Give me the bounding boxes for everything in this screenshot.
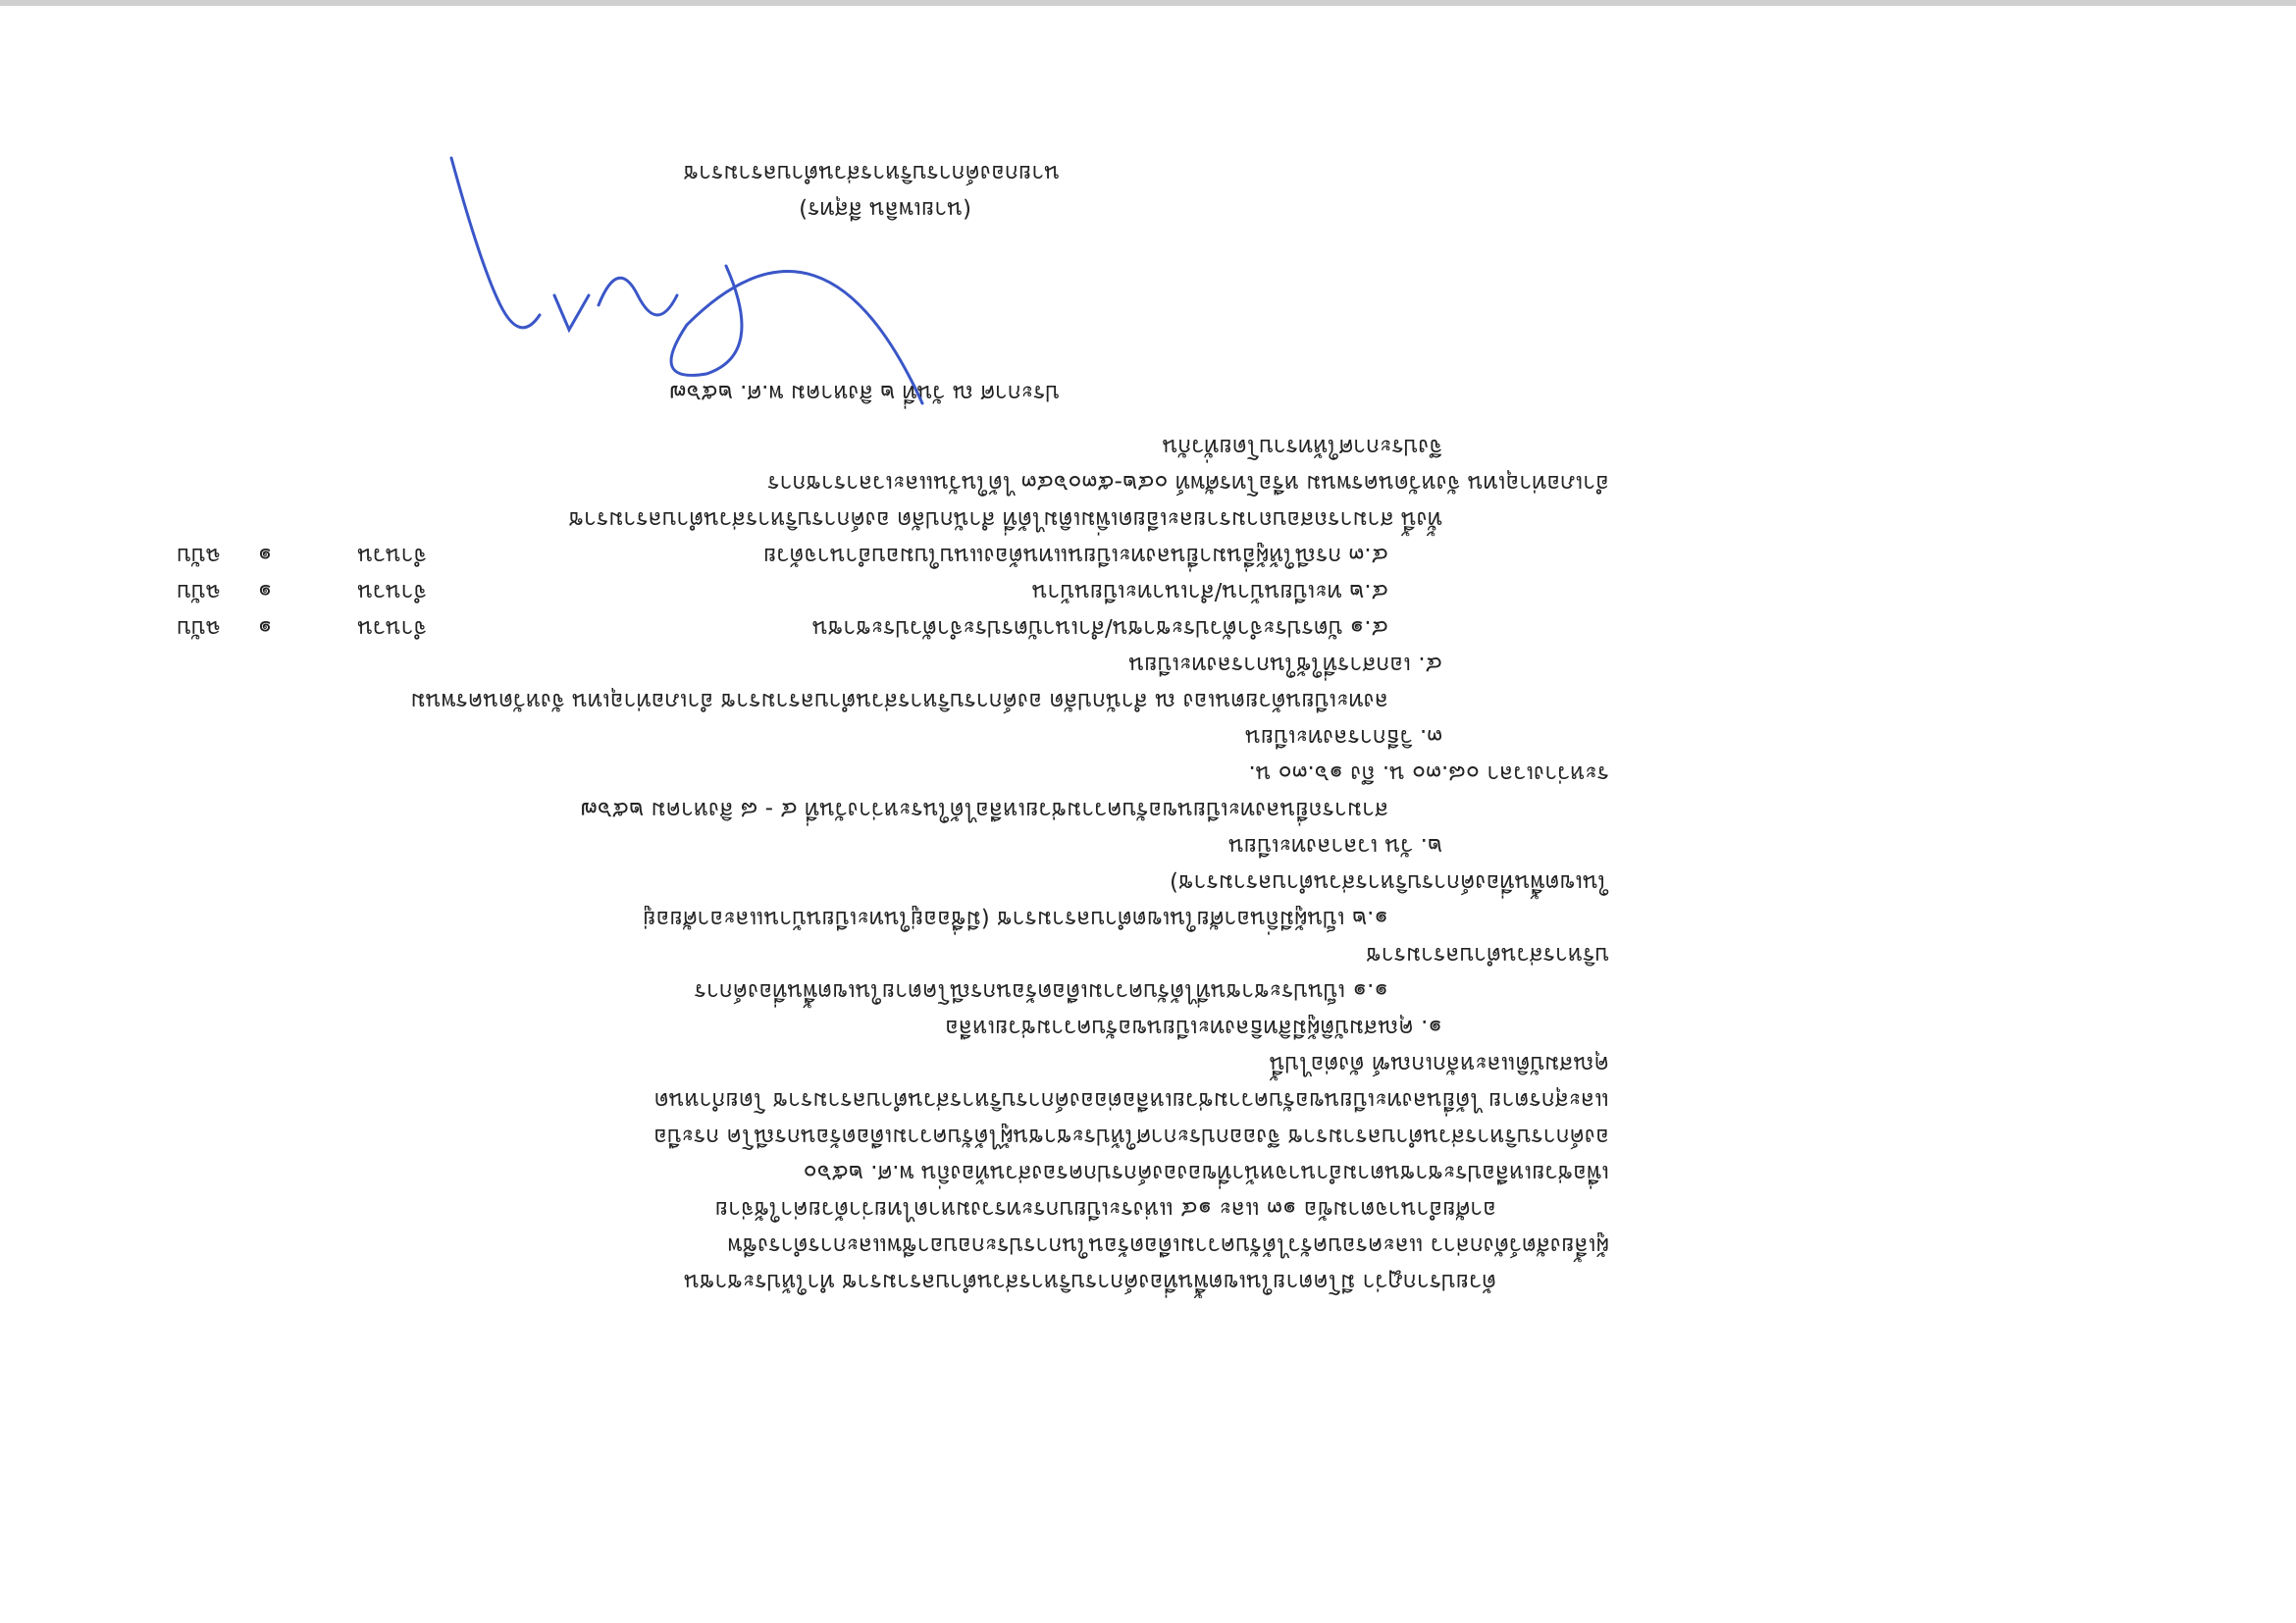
signature-area [118, 227, 1609, 374]
document-row: ๔.๑ บัตรประจำตัวประชาชน/สำเนาบัตรประจำตั… [118, 609, 1609, 646]
section-item: ลงทะเบียนด้วยตนเอง ณ สำนักปลัด องค์การบร… [118, 682, 1609, 718]
paragraph: และสุกรตาย ได้ยื่นลงทะเบียนขอรับความช่วย… [118, 1081, 1609, 1118]
section-heading: ๑. คุณสมบัติผู้มีสิทธิลงทะเบียนขอรับความ… [118, 1009, 1609, 1045]
paragraph: คุณสมบัติและหลักเกณฑ์ ดังต่อไปนี้ [118, 1045, 1609, 1081]
document-row: ๔.๓ กรณีให้ผู้อื่นมายื่นลงทะเบียนแทนต้อง… [118, 537, 1609, 573]
paragraph: องค์การบริหารส่วนตำบลรามราช จึงออกประกาศ… [118, 1118, 1609, 1154]
section-heading: ๓. วิธีการลงทะเบียน [118, 718, 1609, 755]
section-item: ๑.๑ เป็นประชาชนที่ได้รับความเดือดร้อนกรณ… [118, 972, 1609, 1009]
signature-scribble-icon [432, 148, 942, 443]
section-item: ระหว่างเวลา ๐๘.๓๐ น. ถึง ๑๖.๓๐ น. [118, 755, 1609, 791]
paragraph: ผู้เลี้ยงสัตว์ดังกล่าว และครอบครัวได้รับ… [118, 1227, 1609, 1263]
section-item: ในเขตพื้นที่องค์การบริหารส่วนตำบลรามราช) [118, 864, 1609, 900]
body-text: ด้วยปรากฏว่า มีโคตายในเขตพื้นที่องค์การบ… [118, 154, 1609, 1299]
paragraph: อาศัยอำนาจตามข้อ ๑๓ และ ๑๔ แห่งระเบียบกร… [118, 1190, 1609, 1227]
document-row: ๔.๒ ทะเบียนบ้าน/สำเนาทะเบียนบ้าน จำนวน ๑… [118, 573, 1609, 609]
paragraph: เพื่อช่วยเหลือประชาชนตามอำนาจหน้าที่ของอ… [118, 1154, 1609, 1190]
section-item: สามารถยื่นลงทะเบียนขอรับความช่วยเหลือได้… [118, 791, 1609, 827]
paragraph: ด้วยปรากฏว่า มีโคตายในเขตพื้นที่องค์การบ… [118, 1263, 1609, 1299]
announcement-page: ประกาศองค์การบริหารส่วนตำบลรามราช เรื่อง… [0, 0, 2296, 1623]
contact-text: อำเภอท่าอุเทน จังหวัดนครพนม หรือโทรศัพท์… [118, 464, 1609, 500]
section-heading: ๒. วัน เวลาลงทะเบียน [118, 827, 1609, 864]
section-item: บริหารส่วนตำบลรามราช [118, 936, 1609, 972]
contact-text: ทั้งนี้ สามารถสอบถามรายละเอียดเพิ่มเติมไ… [118, 500, 1609, 537]
section-heading: ๔. เอกสารที่ใช้ในการลงทะเบียน [118, 646, 1609, 682]
section-item: ๑.๒ เป็นผู้มีถิ่นอาศัยในเขตตำบลรามราช (ม… [118, 900, 1609, 936]
